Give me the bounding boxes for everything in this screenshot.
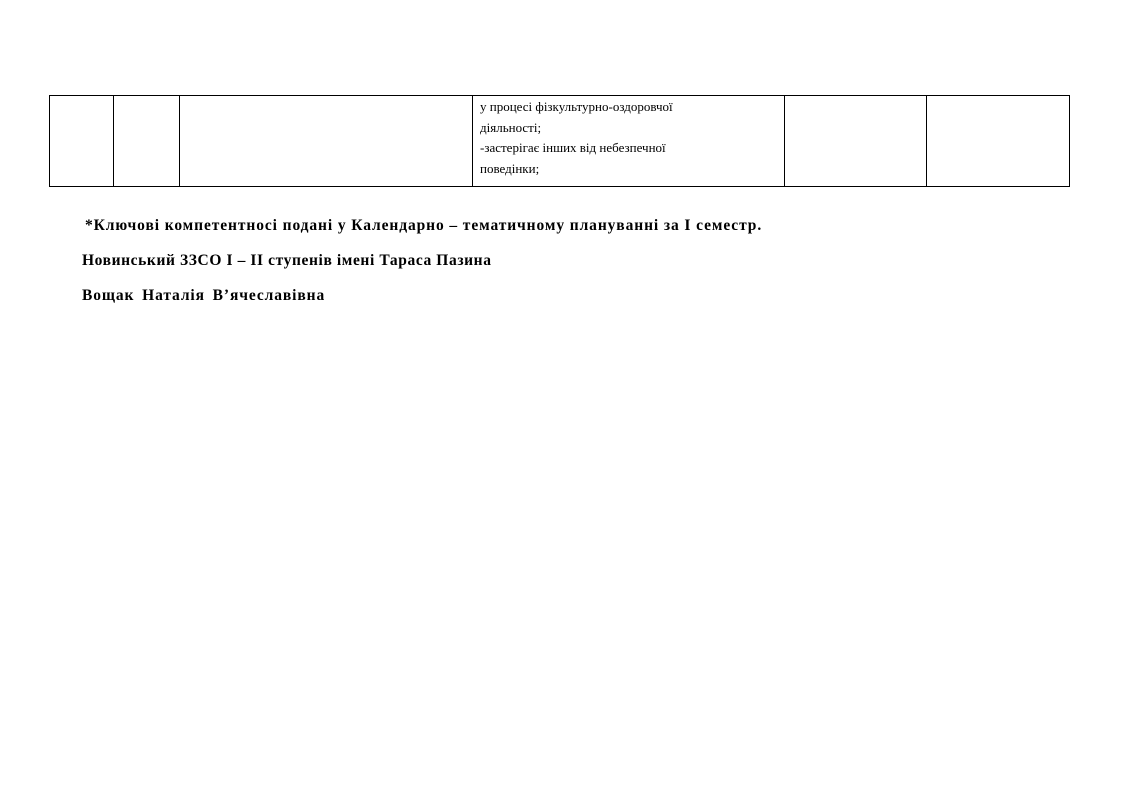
table-cell-topic [180,96,473,187]
expected-results-text: у процесі фізкультурно-оздоровчої діяльн… [473,96,784,179]
text-line: діяльності; [480,118,784,139]
lesson-plan-table: у процесі фізкультурно-оздоровчої діяльн… [49,95,1070,187]
table-cell-competencies [785,96,927,187]
table-cell-notes [927,96,1070,187]
text-line: поведінки; [480,159,784,180]
text-line: -застерігає інших від небезпечної [480,138,784,159]
table-cell-expected-results: у процесі фізкультурно-оздоровчої діяльн… [473,96,785,187]
author-name: Вощак Наталія В’ячеславівна [82,287,325,305]
text-line: у процесі фізкультурно-оздоровчої [480,97,784,118]
table-row: у процесі фізкультурно-оздоровчої діяльн… [50,96,1070,187]
school-name: Новинський ЗЗСО І – ІІ ступенів імені Та… [82,252,492,270]
table-cell-number [50,96,114,187]
table-cell-date [114,96,180,187]
competencies-footnote: *Ключові компетентносі подані у Календар… [85,217,762,235]
